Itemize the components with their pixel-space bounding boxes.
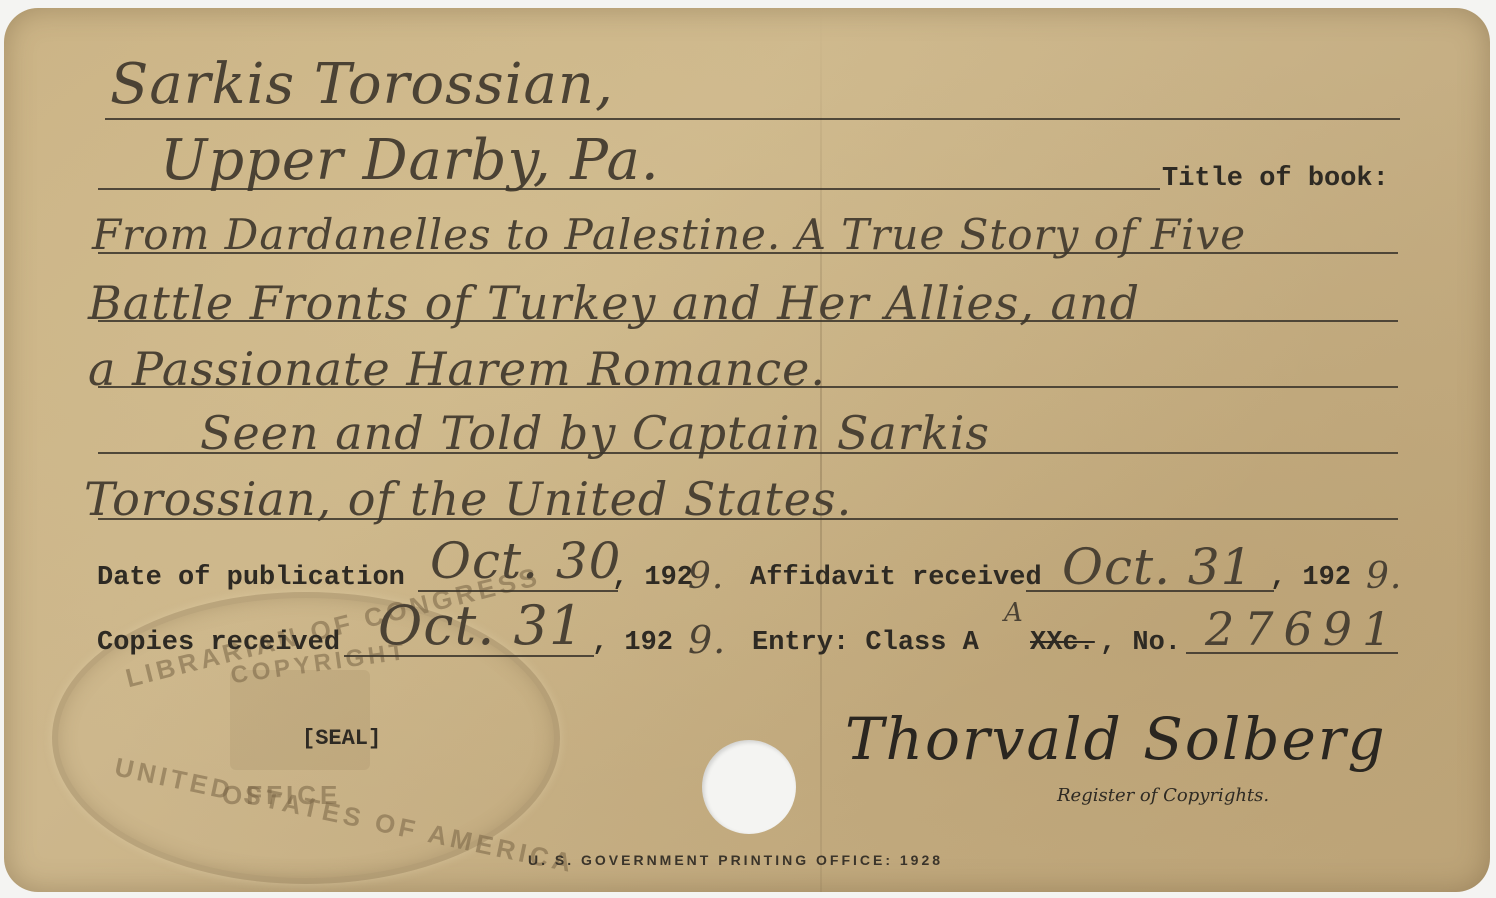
rule-line-2 <box>98 188 1160 190</box>
entry-number-value: 27691 <box>1205 602 1401 656</box>
seal-label: [SEAL] <box>302 726 381 751</box>
applicant-name: Sarkis Torossian, <box>110 52 614 117</box>
entry-class-label: Entry: Class A <box>752 628 979 658</box>
date-of-publication-label: Date of publication <box>97 563 405 593</box>
rule-line-5 <box>98 386 1398 388</box>
affidavit-received-value: Oct. 31 <box>1062 538 1254 596</box>
entry-class-correction: A <box>1004 598 1023 628</box>
copies-received-label: Copies received <box>97 628 340 658</box>
date-of-publication-rule <box>418 590 618 592</box>
rule-line-1 <box>105 118 1400 120</box>
register-signature: Thorvald Solberg <box>845 705 1387 773</box>
copies-received-year-prefix: , 192 <box>592 628 673 658</box>
rule-line-6 <box>98 452 1398 454</box>
date-of-publication-year-prefix: , 192 <box>612 563 693 593</box>
entry-class-struck: XXc. <box>1030 628 1095 658</box>
entry-number-label: , No. <box>1100 628 1181 658</box>
applicant-address: Upper Darby, Pa. <box>160 128 660 193</box>
date-of-publication-year-digit: 9. <box>688 556 724 597</box>
title-of-book-label: Title of book: <box>1162 164 1389 194</box>
printing-office-footer: U. S. GOVERNMENT PRINTING OFFICE: 1928 <box>528 852 943 868</box>
punch-hole <box>702 740 796 834</box>
rule-line-4 <box>98 320 1398 322</box>
register-title: Register of Copyrights. <box>1057 785 1269 806</box>
affidavit-received-year-digit: 9. <box>1366 556 1402 597</box>
affidavit-received-year-prefix: , 192 <box>1270 563 1351 593</box>
copies-received-year-digit: 9. <box>688 618 726 662</box>
copies-received-value: Oct. 31 <box>378 594 584 657</box>
affidavit-received-label: Affidavit received <box>750 563 1042 593</box>
rule-line-7 <box>98 518 1398 520</box>
date-of-publication-value: Oct. 30 <box>430 532 622 590</box>
rule-line-3 <box>98 252 1398 254</box>
